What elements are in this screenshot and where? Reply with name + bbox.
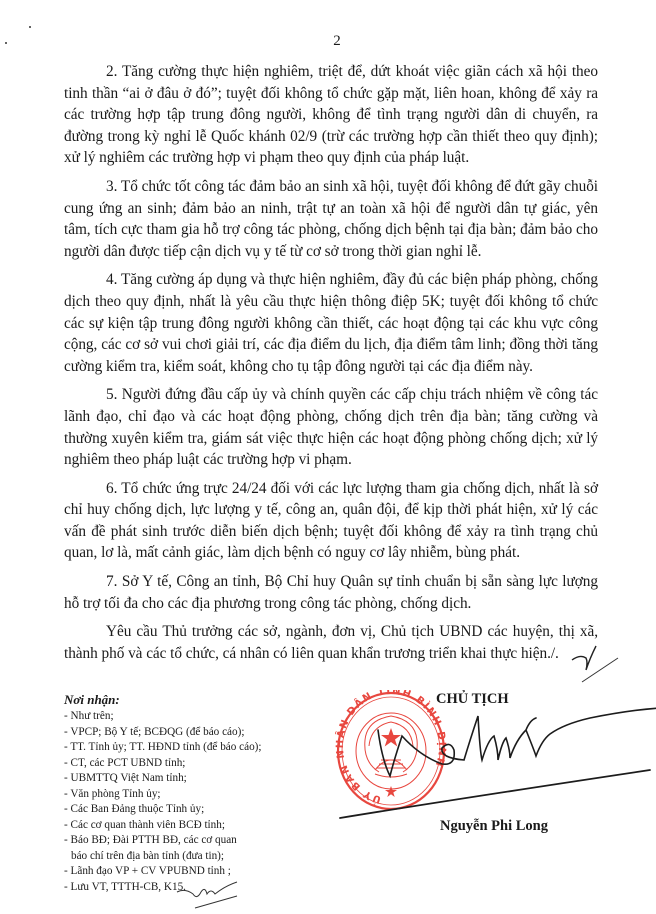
recipients-block: Nơi nhận: - Như trên; - VPCP; Bộ Y tế; B…	[64, 691, 324, 895]
document-body: 2. Tăng cường thực hiện nghiêm, triệt để…	[64, 61, 598, 671]
recipient-item: - Báo BĐ; Đài PTTH BĐ, các cơ quan	[64, 833, 324, 849]
initial-mark-icon	[175, 880, 245, 910]
paragraph-2: 2. Tăng cường thực hiện nghiêm, triệt để…	[64, 61, 598, 169]
recipient-item: - Như trên;	[64, 709, 324, 725]
recipient-item: - Văn phòng Tỉnh ủy;	[64, 787, 324, 803]
handwritten-signature-icon	[330, 700, 656, 830]
paragraph-4: 4. Tăng cường áp dụng và thực hiện nghiê…	[64, 269, 598, 377]
recipient-item: báo chí trên địa bàn tỉnh (đưa tin);	[64, 849, 324, 865]
closing-paragraph: Yêu cầu Thủ trưởng các sở, ngành, đơn vị…	[64, 621, 598, 664]
recipient-item: - UBMTTQ Việt Nam tỉnh;	[64, 771, 324, 787]
recipients-title: Nơi nhận:	[64, 691, 324, 708]
scan-speck	[29, 26, 31, 28]
paragraph-7: 7. Sở Y tế, Công an tỉnh, Bộ Chỉ huy Quâ…	[64, 571, 598, 614]
recipient-item: - TT. Tỉnh ủy; TT. HĐND tỉnh (để báo cáo…	[64, 740, 324, 756]
initial-mark-icon	[570, 640, 620, 685]
page-number: 2	[0, 33, 656, 50]
recipient-item: - Các cơ quan thành viên BCĐ tỉnh;	[64, 818, 324, 834]
paragraph-5: 5. Người đứng đầu cấp ủy và chính quyền …	[64, 384, 598, 470]
paragraph-3: 3. Tổ chức tốt công tác đảm bảo an sinh …	[64, 176, 598, 262]
paragraph-6: 6. Tổ chức ứng trực 24/24 đối với các lự…	[64, 478, 598, 564]
signer-name: Nguyễn Phi Long	[440, 818, 548, 835]
recipient-item: - CT, các PCT UBND tỉnh;	[64, 756, 324, 772]
recipient-item: - VPCP; Bộ Y tế; BCĐQG (để báo cáo);	[64, 725, 324, 741]
recipient-item: - Các Ban Đảng thuộc Tỉnh ủy;	[64, 802, 324, 818]
recipient-item: - Lãnh đạo VP + CV VPUBND tỉnh ;	[64, 864, 324, 880]
